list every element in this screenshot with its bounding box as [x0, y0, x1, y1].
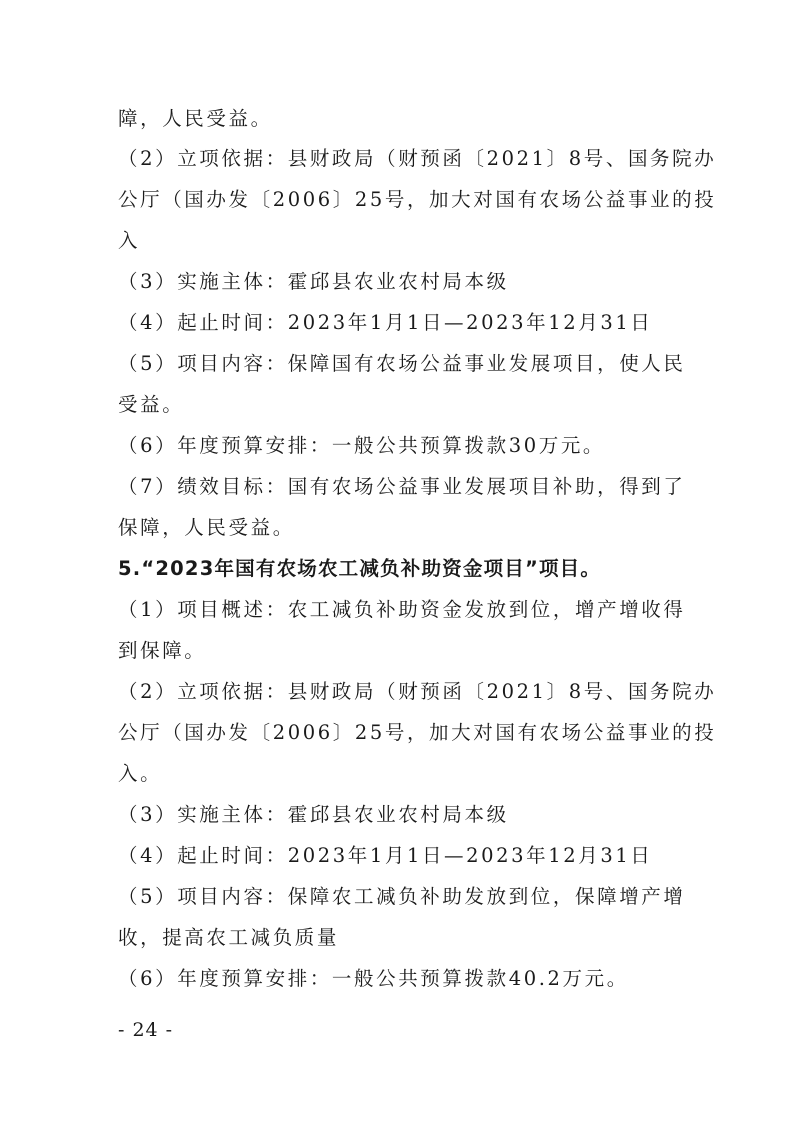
text-line-basis-cont: 入。: [118, 762, 678, 786]
text-line-implementer: （3）实施主体：霍邱县农业农村局本级: [118, 803, 678, 827]
text-line-budget: （6）年度预算安排：一般公共预算拨款40.2万元。: [118, 967, 678, 991]
section-heading: 5.“2023年国有农场农工减负补助资金项目”项目。: [118, 557, 678, 581]
text-line-implementer: （3）实施主体：霍邱县农业农村局本级: [118, 270, 678, 294]
text-line-goal: （7）绩效目标：国有农场公益事业发展项目补助，得到了: [118, 475, 678, 499]
text-line-basis: （2）立项依据：县财政局（财预函〔2021〕8号、国务院办: [118, 680, 678, 704]
document-page: 障，人民受益。 （2）立项依据：县财政局（财预函〔2021〕8号、国务院办 公厅…: [0, 0, 793, 1122]
text-line-content-cont: 收，提高农工减负质量: [118, 926, 678, 950]
text-line-period: （4）起止时间：2023年1月1日—2023年12月31日: [118, 844, 678, 868]
text-line-content: （5）项目内容：保障国有农场公益事业发展项目，使人民: [118, 352, 678, 376]
text-line-content: （5）项目内容：保障农工减负补助发放到位，保障增产增: [118, 885, 678, 909]
text-line-period: （4）起止时间：2023年1月1日—2023年12月31日: [118, 311, 678, 335]
text-line-basis-cont: 公厅（国办发〔2006〕25号，加大对国有农场公益事业的投: [118, 188, 678, 212]
text-line-basis: （2）立项依据：县财政局（财预函〔2021〕8号、国务院办: [118, 147, 678, 171]
text-line-content-cont: 受益。: [118, 393, 678, 417]
page-number: - 24 -: [118, 1018, 173, 1042]
text-line-basis-cont: 公厅（国办发〔2006〕25号，加大对国有农场公益事业的投: [118, 721, 678, 745]
text-line-overview: （1）项目概述：农工减负补助资金发放到位，增产增收得: [118, 598, 678, 622]
text-line-budget: （6）年度预算安排：一般公共预算拨款30万元。: [118, 434, 678, 458]
text-line-goal-cont: 保障，人民受益。: [118, 516, 678, 540]
text-line-basis-cont: 入: [118, 229, 678, 253]
text-line-overview-cont: 到保障。: [118, 639, 678, 663]
text-line-continuation: 障，人民受益。: [118, 107, 678, 131]
